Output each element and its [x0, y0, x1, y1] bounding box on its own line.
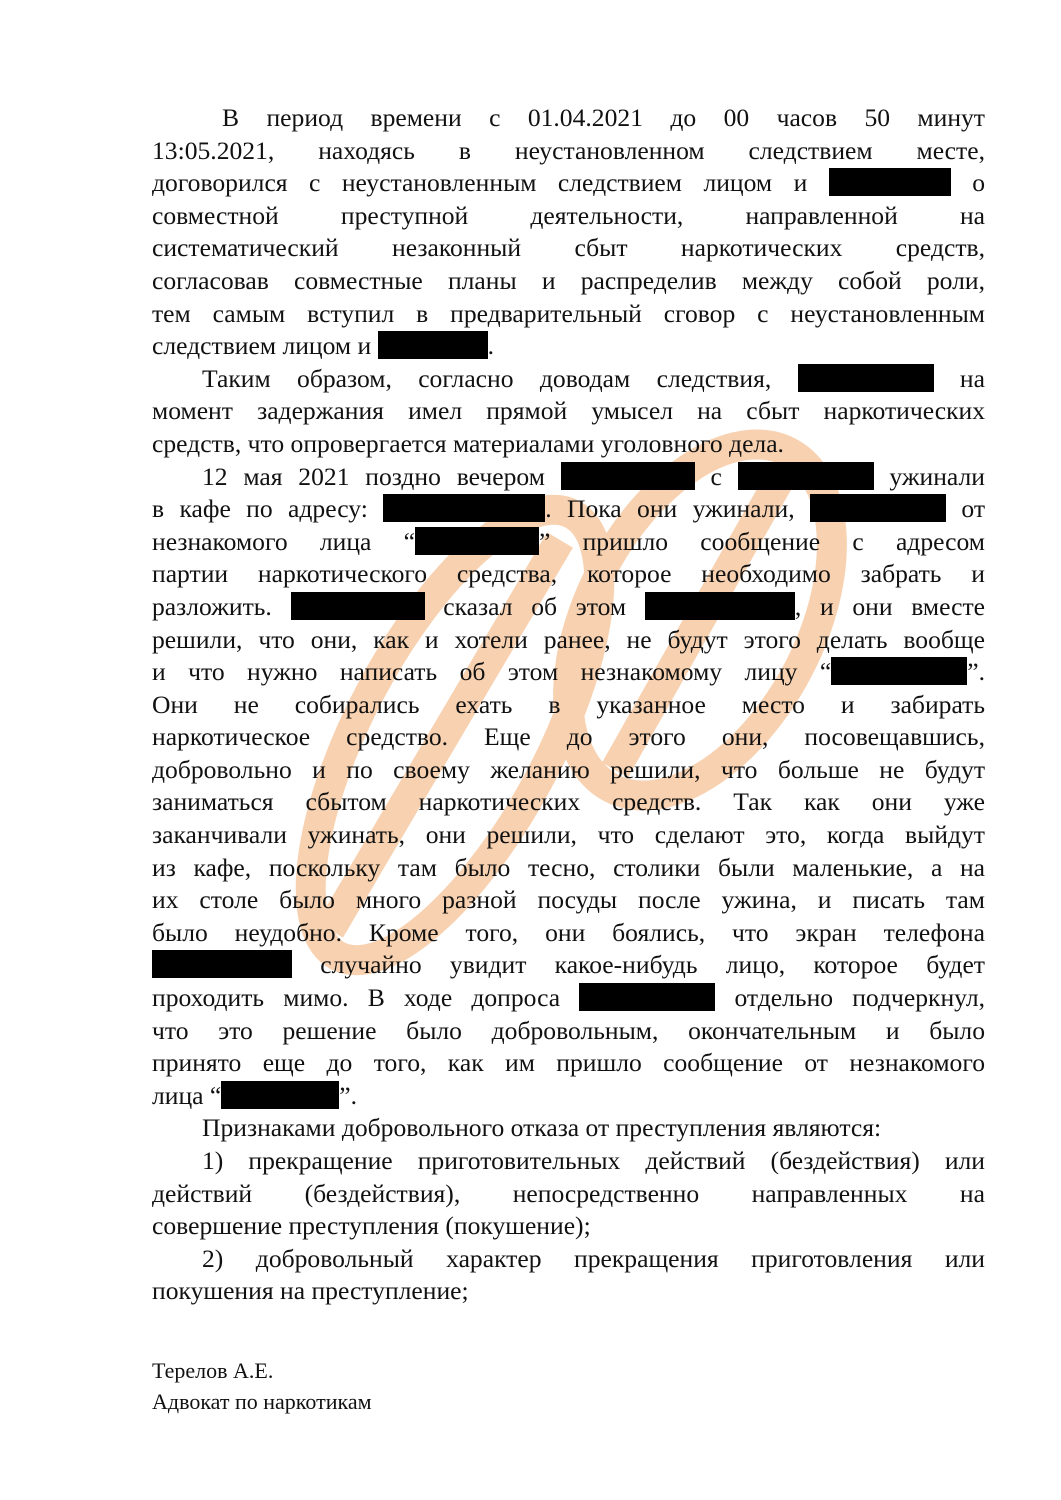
text-fragment: и что нужно написать об этом незнакомому… — [152, 657, 831, 686]
text-fragment: 1) прекращение приготовительных действий… — [202, 1146, 985, 1175]
text-fragment: . — [488, 331, 494, 360]
document-page: В период времени с 01.04.2021 до 00 часо… — [0, 0, 1061, 1500]
text-line: В период времени с 01.04.2021 до 00 часо… — [152, 102, 985, 135]
text-line: тем самым вступил в предварительный сгов… — [152, 298, 985, 331]
text-fragment: случайно увидит какое-нибудь лицо, котор… — [292, 950, 985, 979]
text-fragment: отдельно подчеркнул, — [715, 983, 985, 1012]
text-fragment: договорился с неустановленным следствием… — [152, 168, 829, 197]
text-fragment: о — [951, 168, 985, 197]
redaction-block — [810, 494, 946, 522]
text-fragment: что это решение было добровольным, оконч… — [152, 1016, 985, 1045]
redaction-block — [579, 983, 715, 1011]
text-fragment: . Пока они ужинали, — [545, 494, 810, 523]
signature-title: Адвокат по наркотикам — [152, 1386, 372, 1417]
text-fragment: тем самым вступил в предварительный сгов… — [152, 299, 985, 328]
text-fragment: принято еще до того, как им пришло сообщ… — [152, 1048, 985, 1077]
text-line: Они не собирались ехать в указанное мест… — [152, 689, 985, 722]
text-fragment: покушения на преступление; — [152, 1276, 469, 1305]
text-fragment: добровольно и по своему желанию решили, … — [152, 755, 985, 784]
text-line: 13:05.2021, находясь в неустановленном с… — [152, 135, 985, 168]
text-fragment: партии наркотического средства, которое … — [152, 559, 985, 588]
redaction-block — [798, 364, 934, 392]
text-line: было неудобно. Кроме того, они боялись, … — [152, 917, 985, 950]
text-fragment: согласовав совместные планы и распредели… — [152, 266, 985, 295]
text-fragment: было неудобно. Кроме того, они боялись, … — [152, 918, 985, 947]
text-fragment: Таким образом, согласно доводам следстви… — [202, 364, 798, 393]
text-line: покушения на преступление; — [152, 1275, 985, 1308]
redaction-block — [383, 494, 545, 522]
text-fragment: 2) добровольный характер прекращения при… — [202, 1244, 985, 1273]
text-fragment: заниматься сбытом наркотических средств.… — [152, 787, 985, 816]
text-fragment: действий (бездействия), непосредственно … — [152, 1179, 985, 1208]
text-line: решили, что они, как и хотели ранее, не … — [152, 624, 985, 657]
text-line: момент задержания имел прямой умысел на … — [152, 395, 985, 428]
text-fragment: заканчивали ужинать, они решили, что сде… — [152, 820, 985, 849]
redaction-block — [221, 1081, 339, 1109]
text-line: что это решение было добровольным, оконч… — [152, 1015, 985, 1048]
text-line: случайно увидит какое-нибудь лицо, котор… — [152, 949, 985, 982]
text-line: Признаками добровольного отказа от прест… — [152, 1112, 985, 1145]
text-line: средств, что опровергается материалами у… — [152, 428, 985, 461]
text-fragment: В период времени с 01.04.2021 до 00 часо… — [222, 103, 985, 132]
text-line: заканчивали ужинать, они решили, что сде… — [152, 819, 985, 852]
text-fragment: 12 мая 2021 поздно вечером — [202, 462, 561, 491]
redaction-block — [645, 592, 795, 620]
text-line: лица “”. — [152, 1080, 985, 1113]
text-fragment: средств, что опровергается материалами у… — [152, 429, 784, 458]
redaction-block — [738, 462, 874, 490]
text-line: разложить. сказал об этом , и они вместе — [152, 591, 985, 624]
text-fragment: решили, что они, как и хотели ранее, не … — [152, 625, 985, 654]
text-fragment: разложить. — [152, 592, 291, 621]
text-fragment: момент задержания имел прямой умысел на … — [152, 396, 985, 425]
text-line: их столе было много разной посуды после … — [152, 884, 985, 917]
text-fragment: совместной преступной деятельности, напр… — [152, 201, 985, 230]
text-line: согласовав совместные планы и распредели… — [152, 265, 985, 298]
text-line: в кафе по адресу: . Пока они ужинали, от — [152, 493, 985, 526]
text-fragment: на — [934, 364, 985, 393]
text-line: 2) добровольный характер прекращения при… — [152, 1243, 985, 1276]
redaction-block — [415, 527, 539, 555]
text-line: совместной преступной деятельности, напр… — [152, 200, 985, 233]
text-fragment: наркотическое средство. Еще до этого они… — [152, 722, 985, 751]
text-line: и что нужно написать об этом незнакомому… — [152, 656, 985, 689]
text-fragment: 13:05.2021, находясь в неустановленном с… — [152, 136, 985, 165]
text-line: следствием лицом и . — [152, 330, 985, 363]
redaction-block — [378, 331, 488, 359]
text-line: 1) прекращение приготовительных действий… — [152, 1145, 985, 1178]
redaction-block — [152, 950, 292, 978]
text-fragment: , и они вместе — [795, 592, 985, 621]
text-fragment: в кафе по адресу: — [152, 494, 383, 523]
signature-block: Терелов А.Е. Адвокат по наркотикам — [152, 1355, 372, 1417]
redaction-block — [291, 592, 425, 620]
text-line: проходить мимо. В ходе допроса отдельно … — [152, 982, 985, 1015]
text-line: наркотическое средство. Еще до этого они… — [152, 721, 985, 754]
text-fragment: от — [946, 494, 985, 523]
text-fragment: систематический незаконный сбыт наркотич… — [152, 233, 985, 262]
text-fragment: ”. — [339, 1081, 357, 1110]
text-fragment: ужинали — [874, 462, 985, 491]
text-fragment: сказал об этом — [425, 592, 645, 621]
redaction-block — [561, 462, 695, 490]
text-line: действий (бездействия), непосредственно … — [152, 1178, 985, 1211]
text-fragment: Признаками добровольного отказа от прест… — [202, 1113, 881, 1142]
text-line: договорился с неустановленным следствием… — [152, 167, 985, 200]
redaction-block — [829, 168, 951, 196]
text-fragment: следствием лицом и — [152, 331, 378, 360]
text-line: систематический незаконный сбыт наркотич… — [152, 232, 985, 265]
text-fragment: лица “ — [152, 1081, 221, 1110]
text-fragment: с — [695, 462, 738, 491]
redaction-block — [831, 657, 967, 685]
signature-name: Терелов А.Е. — [152, 1355, 372, 1386]
document-body: В период времени с 01.04.2021 до 00 часо… — [152, 102, 985, 1308]
text-line: Таким образом, согласно доводам следстви… — [152, 363, 985, 396]
text-line: из кафе, поскольку там было тесно, столи… — [152, 852, 985, 885]
text-fragment: незнакомого лица “ — [152, 527, 415, 556]
text-line: незнакомого лица “” пришло сообщение с а… — [152, 526, 985, 559]
text-fragment: проходить мимо. В ходе допроса — [152, 983, 579, 1012]
text-line: заниматься сбытом наркотических средств.… — [152, 786, 985, 819]
text-fragment: их столе было много разной посуды после … — [152, 885, 985, 914]
text-line: добровольно и по своему желанию решили, … — [152, 754, 985, 787]
text-fragment: ”. — [967, 657, 985, 686]
text-fragment: совершение преступления (покушение); — [152, 1211, 591, 1240]
text-line: 12 мая 2021 поздно вечером с ужинали — [152, 461, 985, 494]
text-line: совершение преступления (покушение); — [152, 1210, 985, 1243]
text-fragment: из кафе, поскольку там было тесно, столи… — [152, 853, 985, 882]
text-fragment: ” пришло сообщение с адресом — [539, 527, 985, 556]
text-line: принято еще до того, как им пришло сообщ… — [152, 1047, 985, 1080]
text-line: партии наркотического средства, которое … — [152, 558, 985, 591]
text-fragment: Они не собирались ехать в указанное мест… — [152, 690, 985, 719]
